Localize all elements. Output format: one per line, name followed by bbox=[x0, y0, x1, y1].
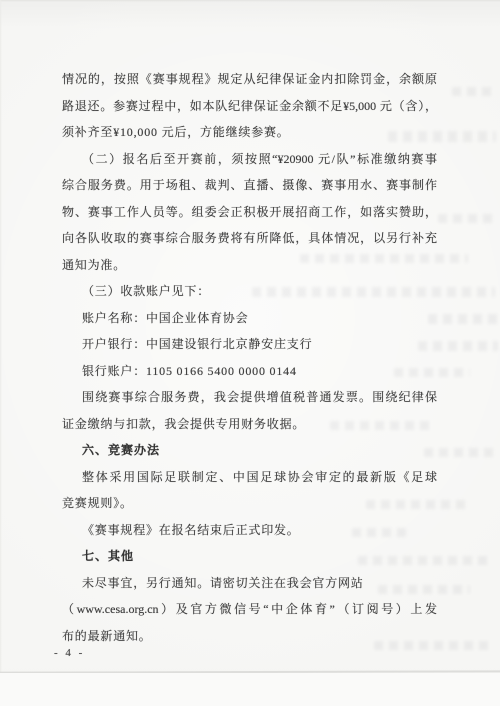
doc-line: 向各队收取的赛事综合服务费将有所降低，具体情况，以另行补充 bbox=[62, 225, 437, 252]
doc-line: 账户名称：中国企业体育协会 bbox=[62, 305, 437, 332]
doc-line: 整体采用国际足联制定、中国足球协会审定的最新版《足球 bbox=[62, 464, 437, 491]
section-heading: 七、其他 bbox=[62, 543, 437, 570]
doc-line: 围绕赛事综合服务费，我会提供增值税普通发票。围绕纪律保 bbox=[62, 384, 437, 411]
doc-line: （三）收款账户见下： bbox=[62, 278, 437, 305]
doc-line: 综合服务费。用于场租、裁判、直播、摄像、赛事用水、赛事制作 bbox=[62, 172, 437, 199]
doc-line: 证金缴纳与扣款，我会提供专用财务收据。 bbox=[62, 411, 437, 438]
doc-line: 通知为准。 bbox=[62, 252, 437, 279]
doc-line: （www.cesa.org.cn）及官方微信号“中企体育”（订阅号）上发 bbox=[62, 596, 437, 623]
document-body: 情况的，按照《赛事规程》规定从纪律保证金内扣除罚金，余额原路退还。参赛过程中，如… bbox=[62, 66, 437, 649]
bleedthrough-artifact bbox=[428, 314, 498, 324]
section-heading: 六、竞赛办法 bbox=[62, 437, 437, 464]
doc-line: 开户银行：中国建设银行北京静安庄支行 bbox=[62, 331, 437, 358]
page-edge-top bbox=[0, 0, 500, 2]
bleedthrough-artifact bbox=[452, 87, 496, 96]
doc-line: 须补齐至¥10,000 元后，方能继续参赛。 bbox=[62, 119, 437, 146]
doc-line: 《赛事规程》在报名结束后正式印发。 bbox=[62, 517, 437, 544]
scanned-document-page: 情况的，按照《赛事规程》规定从纪律保证金内扣除罚金，余额原路退还。参赛过程中，如… bbox=[0, 0, 500, 706]
page-edge-left bbox=[0, 0, 2, 706]
bleedthrough-artifact bbox=[438, 214, 498, 223]
scanner-background-strip bbox=[0, 673, 500, 706]
doc-line: 路退还。参赛过程中，如本队纪律保证金余额不足¥5,000 元（含）， bbox=[62, 93, 437, 120]
doc-line: 竞赛规则》。 bbox=[62, 490, 437, 517]
doc-line: 情况的，按照《赛事规程》规定从纪律保证金内扣除罚金，余额原 bbox=[62, 66, 437, 93]
doc-line: 银行账户：1105 0166 5400 0000 0144 bbox=[62, 358, 437, 385]
doc-line: （二）报名后至开赛前，须按照“¥20900 元/队”标准缴纳赛事 bbox=[62, 146, 437, 173]
doc-line: 物、赛事工作人员等。组委会正积极开展招商工作，如落实赞助， bbox=[62, 199, 437, 226]
page-number: - 4 - bbox=[54, 646, 85, 660]
doc-line: 未尽事宜，另行通知。请密切关注在我会官方网站 bbox=[62, 570, 437, 597]
doc-line: 布的最新通知。 bbox=[62, 623, 437, 650]
